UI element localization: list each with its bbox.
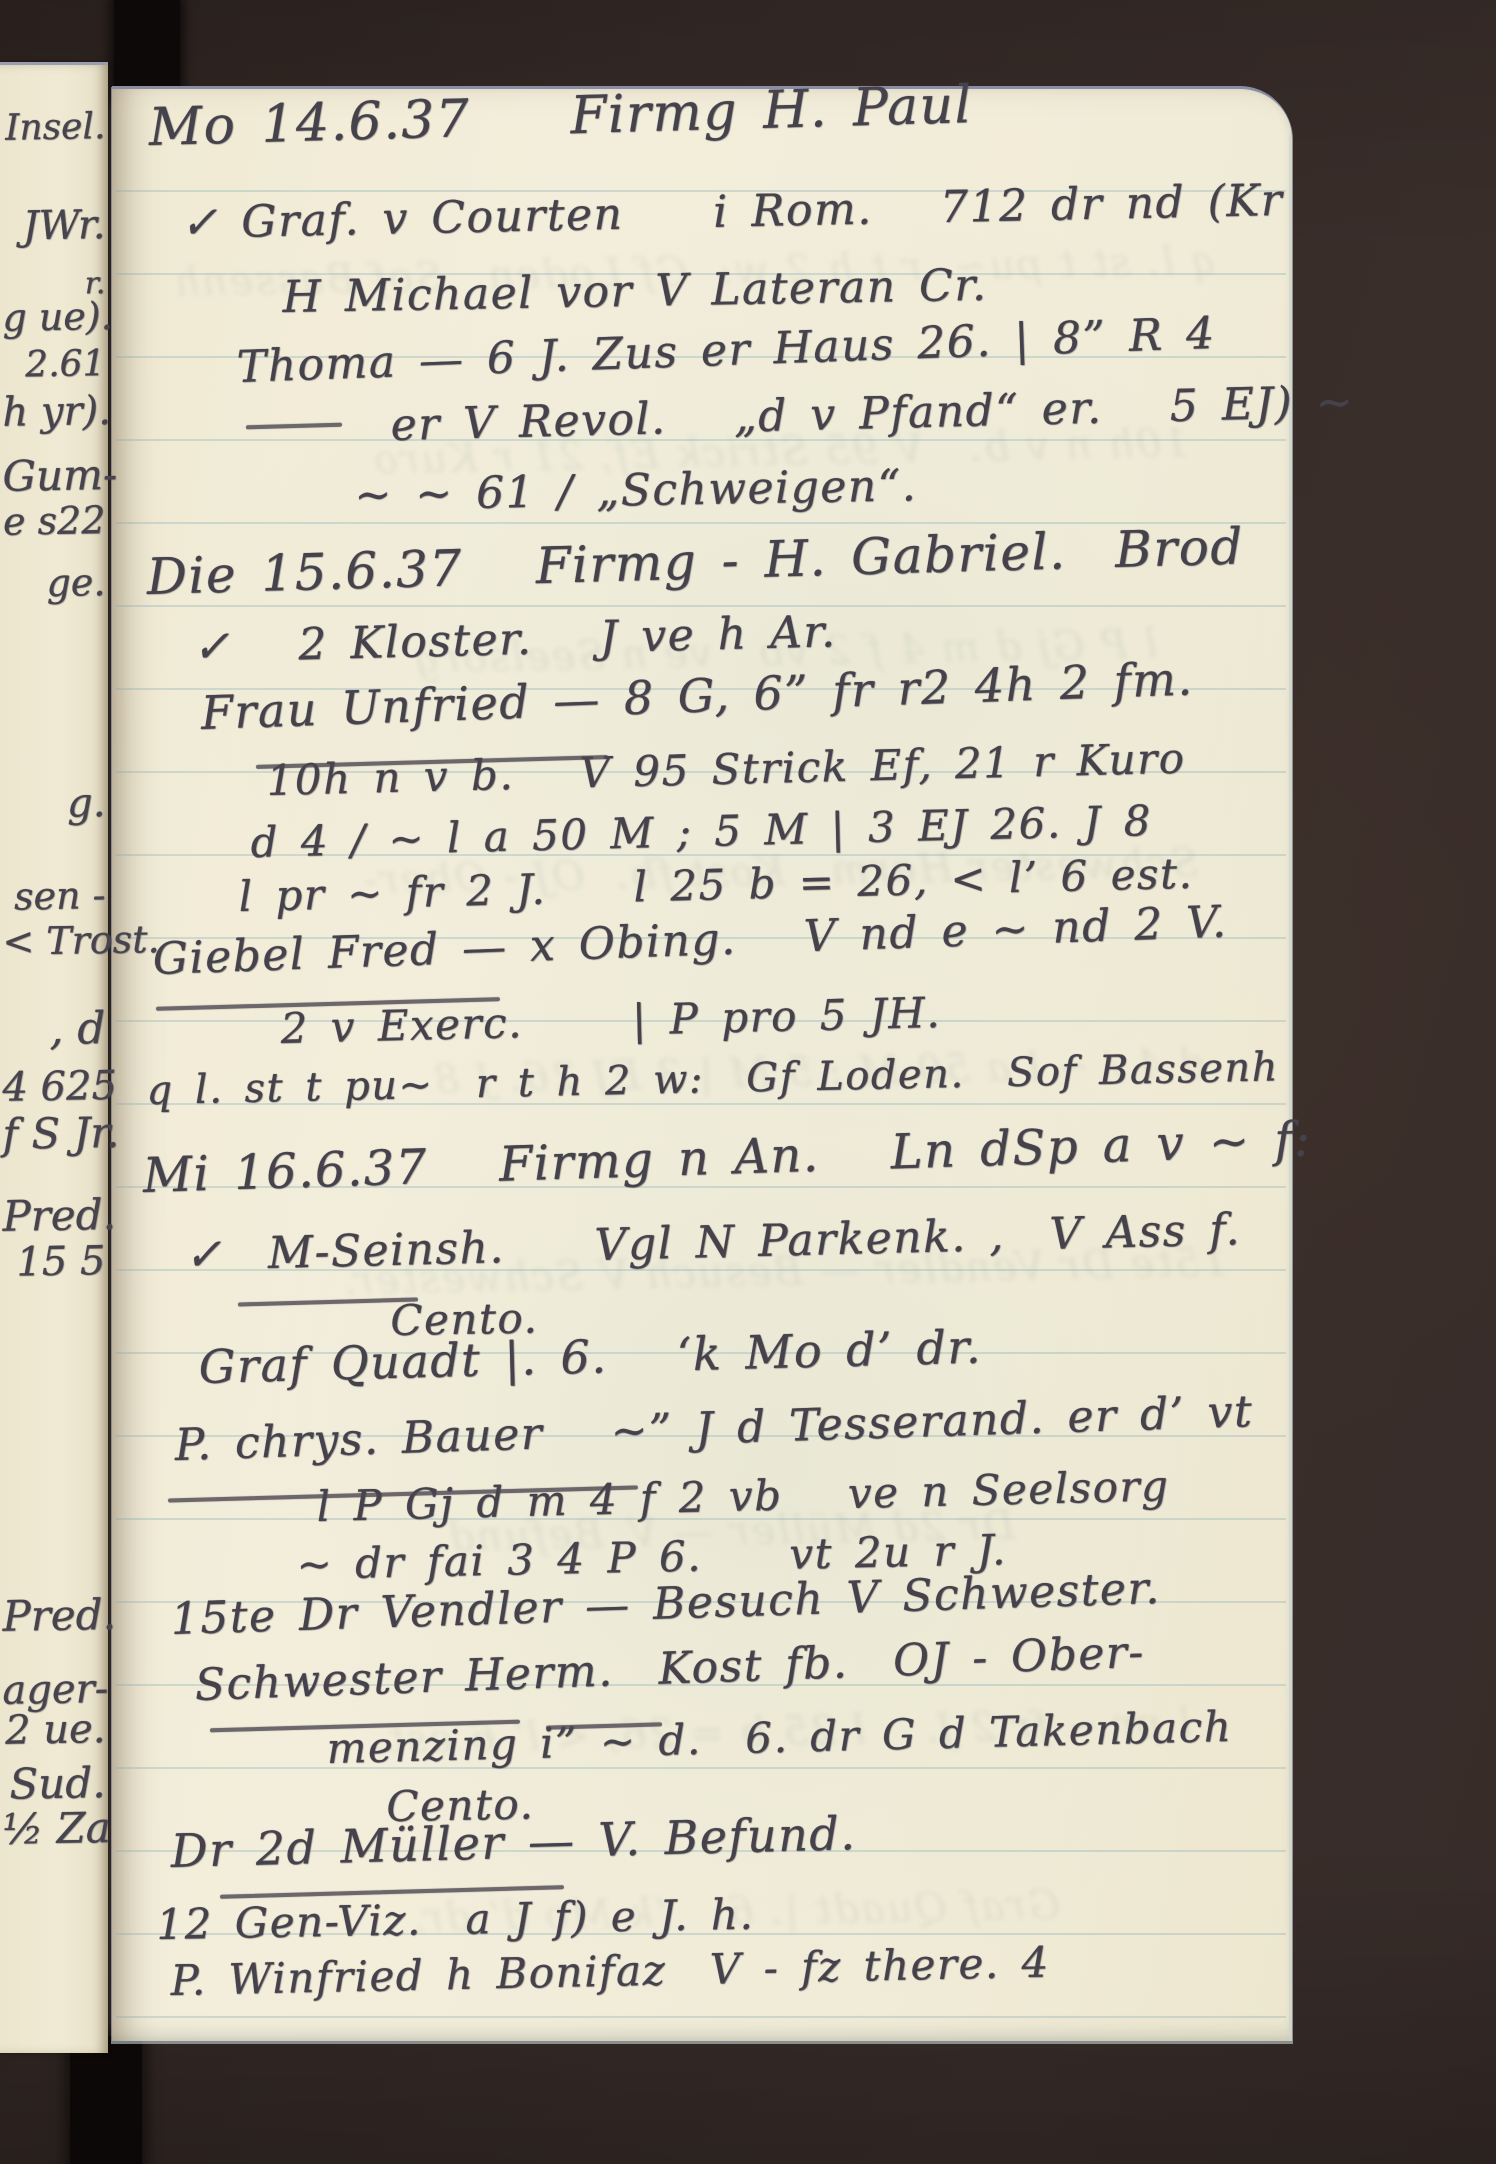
rule-line [116,2016,1286,2018]
show-through-ghost: Schwester Herm. Kost fb. OJ - Ober- [362,840,1199,904]
rule-line [116,356,1286,358]
show-through-ghost: 15te Dr Vendler — Besuch V Schwester. [342,1240,1228,1305]
photo-of-notebook: q l. st t pu~ r t h 2 w: Gf Loden. Sof B… [0,0,1496,2164]
rule-line [116,1020,1286,1022]
previous-page-sliver [0,62,108,2053]
show-through-ghost: l P Gj d m 4 f 2 vb ve n Seelsorg [412,621,1159,683]
rule-line [116,1103,1286,1105]
rule-line [116,771,1286,773]
rule-line [116,1684,1286,1686]
rule-line [116,1352,1286,1354]
binding-strip-bottom [70,2036,142,2164]
show-through-ghost: l pr ~ fr 2 J. l 25 b = 26, < l’ 6 est. [372,1700,1193,1763]
rule-line [116,1601,1286,1603]
binding-strip-top [114,0,180,98]
rule-line [116,1767,1286,1769]
show-through-ghost: q l. st t pu~ r t h 2 w: Gf Loden. Sof B… [172,238,1218,306]
rule-line [116,1850,1286,1852]
notebook-page: q l. st t pu~ r t h 2 w: Gf Loden. Sof B… [112,86,1292,2041]
show-through-ghost: Dr 2d Müller — V. Befund. [432,1503,1016,1561]
show-through-ghost: d 4 / ~ l a 50 M ; 5 M | 3 EJ 26. J 8 [432,1041,1206,1103]
rule-line [116,937,1286,939]
rule-line [116,605,1286,607]
show-through-ghost: 10h n v b. V 95 Strick Ef, 21 r Kuro [372,420,1190,483]
rule-line [116,1435,1286,1437]
rule-line [116,688,1286,690]
rule-line [116,190,1286,192]
rule-line [116,522,1286,524]
rule-line [116,1186,1286,1188]
